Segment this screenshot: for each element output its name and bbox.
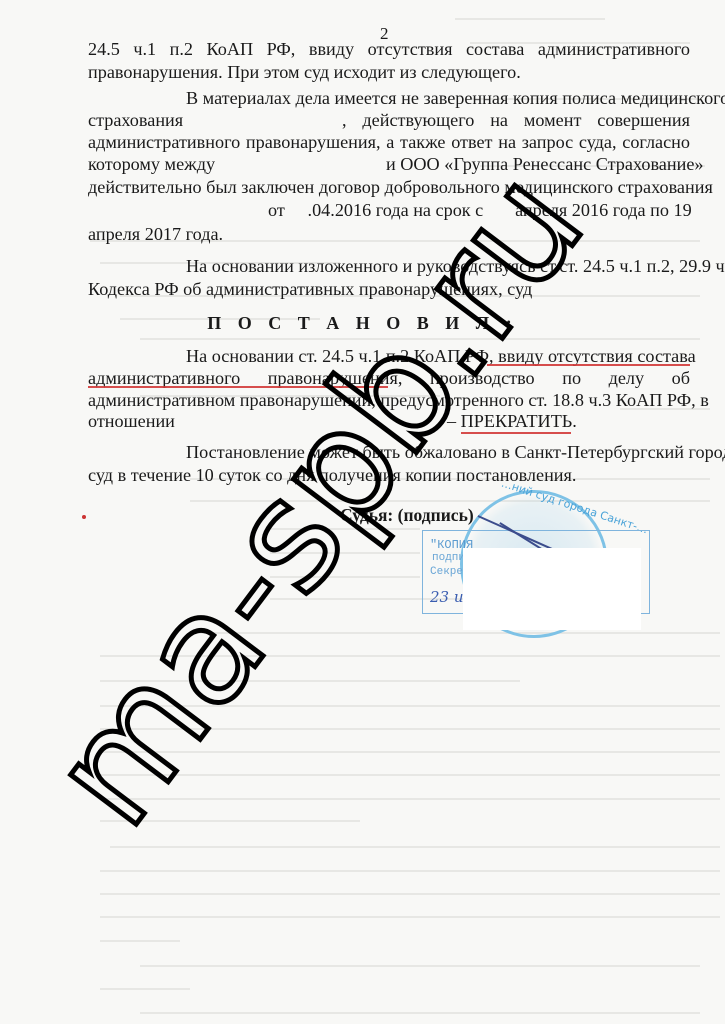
ruling-decision: – ПРЕКРАТИТЬ. [447,410,577,432]
stamp-date: 23 и [430,588,464,606]
redaction-box [463,548,641,630]
text-fragment: отношении [88,411,175,431]
appeal-line: суд в течение 10 суток со дня получения … [88,464,690,486]
text-fragment: которому между [88,154,215,174]
stamp-text: подпи [432,552,465,564]
paragraph-line: Кодекса РФ об административных правонару… [88,278,690,300]
ruling-line: административном правонарушении, предусм… [88,389,690,411]
paragraph-line: 24.5 ч.1 п.2 КоАП РФ, ввиду отсутствия с… [88,38,690,60]
red-underline-mark [88,386,388,388]
paragraph-line: В материалах дела имеется не заверенная … [88,87,690,109]
red-underline-mark [487,364,690,366]
paragraph-line: страхования , действующего на момент сов… [88,109,690,131]
judge-signature-label: Судья: (подпись) [340,505,474,526]
paragraph-line: от .04.2016 года на срок с апреля 2016 г… [268,199,690,221]
paragraph-line: На основании изложенного и руководствуяс… [88,255,690,277]
paragraph-line: которому между и ООО «Группа Ренессанс С… [88,153,690,175]
stray-mark [82,515,86,519]
text-fragment: , действующего на момент совершения [342,109,690,131]
paragraph-line: действительно был заключен договор добро… [88,176,690,198]
text-fragment: и ООО «Группа Ренессанс Страхование» [386,153,690,175]
ruling-line: отношении – ПРЕКРАТИТЬ. [88,410,690,432]
text-fragment: страхования [88,110,183,130]
red-underline-mark [461,432,571,434]
appeal-line: Постановление может быть обжаловано в Са… [88,441,690,463]
document-page: 2 24.5 ч.1 п.2 КоАП РФ, ввиду отсутствия… [0,0,725,1024]
ruling-title: П О С Т А Н О В И Л : [0,313,725,334]
paragraph-line: апреля 2017 года. [88,223,690,245]
paragraph-line: административного правонарушения, а такж… [88,131,690,153]
paragraph-line: правонарушения. При этом суд исходит из … [88,61,690,83]
